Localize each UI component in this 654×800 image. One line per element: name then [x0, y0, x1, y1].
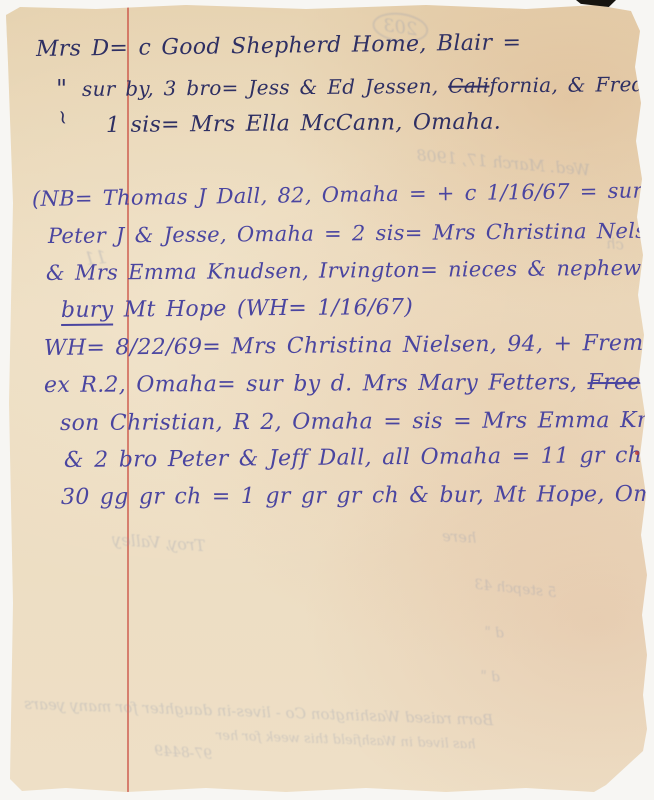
handwriting-segment: 1 sis= Mrs Ella McCann, Omaha.: [106, 110, 501, 138]
ghost-bottom-line-1: Born raised Washington Co - lives-in dau…: [24, 695, 494, 729]
line-30-gggrch: 30 gg gr ch = 1 gr gr gr ch & bur, Mt Ho…: [61, 482, 654, 510]
handwriting-segment: ~: [50, 107, 77, 128]
handwriting-segment: (NB= Thomas J Dall, 82, Omaha = + c 1/16…: [32, 177, 654, 211]
line-peter-jesse: Peter J & Jesse, Omaha = 2 sis= Mrs Chri…: [48, 218, 654, 248]
red-ink-speck: [635, 451, 639, 455]
line-emma-knudsen-irvington: & Mrs Emma Knudsen, Irvington= nieces & …: [46, 256, 654, 285]
handwriting-segment: Mrs D= c Good Shepherd Home, Blair =: [36, 30, 522, 62]
handwriting-segment: Peter J & Jesse, Omaha = 2 sis= Mrs Chri…: [48, 218, 654, 248]
folded-corner: [596, 742, 648, 794]
ghost-date: Wed. March 17, 1908: [416, 145, 591, 179]
line-1sis-ella-mccann: 1 sis= Mrs Ella McCann, Omaha.: [106, 110, 501, 138]
handwriting-segment: Free: [588, 370, 641, 395]
handwriting-segment: & 2 bro Peter & Jeff Dall, all Omaha = 1…: [64, 443, 642, 473]
handwriting-segment: fornia, & Fred Jessen, Omaha: [489, 71, 654, 98]
handwriting-segment: ex R.2, Omaha= sur by d. Mrs Mary Fetter…: [44, 370, 588, 398]
handwriting-segment: mont, &: [641, 369, 654, 395]
handwriting-segment: 30 gg gr ch = 1 gr gr gr ch & bur, Mt Ho…: [61, 482, 654, 510]
scanned-page-background: 203Wed. March 17, 190811chTroy, Valleyhe…: [0, 0, 654, 800]
notebook-page: 203Wed. March 17, 190811chTroy, Valleyhe…: [6, 3, 648, 794]
line-bury-mt-hope: bury Mt Hope (WH= 1/16/67): [61, 295, 413, 323]
handwriting-segment: WH= 8/22/69= Mrs Christina Nielsen, 94, …: [44, 330, 654, 361]
fold-crease: [596, 742, 648, 794]
line-sur-by-3bro: sur by, 3 bro= Jess & Ed Jessen, Califor…: [82, 71, 654, 101]
line-ex-r2-mary-fetters: ex R.2, Omaha= sur by d. Mrs Mary Fetter…: [44, 369, 654, 398]
line-2bro-peter-jeff: & 2 bro Peter & Jeff Dall, all Omaha = 1…: [64, 443, 642, 473]
handwriting-segment: & Mrs Emma Knudsen, Irvington= nieces & …: [46, 256, 654, 285]
line-wh-christina-nielsen: WH= 8/22/69= Mrs Christina Nielsen, 94, …: [44, 330, 654, 361]
handwriting-segment: sur by, 3 bro= Jess & Ed Jessen,: [82, 74, 448, 101]
handwriting-segment: bury: [61, 298, 114, 326]
ghost-ditto-1: d ": [483, 624, 504, 641]
margin-squiggle: ~: [50, 107, 77, 128]
ghost-here: here: [442, 527, 477, 547]
line-mrs-d-good-shepherd: Mrs D= c Good Shepherd Home, Blair =: [36, 30, 522, 62]
handwriting-segment: ": [56, 75, 67, 103]
handwriting-segment: Mt Hope (WH= 1/16/67): [113, 295, 413, 323]
line-son-christian: son Christian, R 2, Omaha = sis = Mrs Em…: [60, 408, 654, 436]
ghost-bottom-number: 97-8449: [154, 743, 213, 763]
ghost-troy-valley: Troy, Valley: [111, 530, 206, 555]
line-nb-thomas-dall: (NB= Thomas J Dall, 82, Omaha = + c 1/16…: [32, 177, 654, 211]
ghost-ditto-2: d ": [479, 668, 500, 685]
handwriting-segment: Cali: [448, 73, 489, 97]
ghost-bottom-line-2: has lived in Washfield this week for her: [216, 728, 476, 752]
margin-ditto-quote: ": [56, 75, 67, 103]
ghost-stepch: 5 stepch 43: [473, 577, 557, 602]
handwriting-segment: son Christian, R 2, Omaha = sis = Mrs Em…: [60, 408, 654, 436]
